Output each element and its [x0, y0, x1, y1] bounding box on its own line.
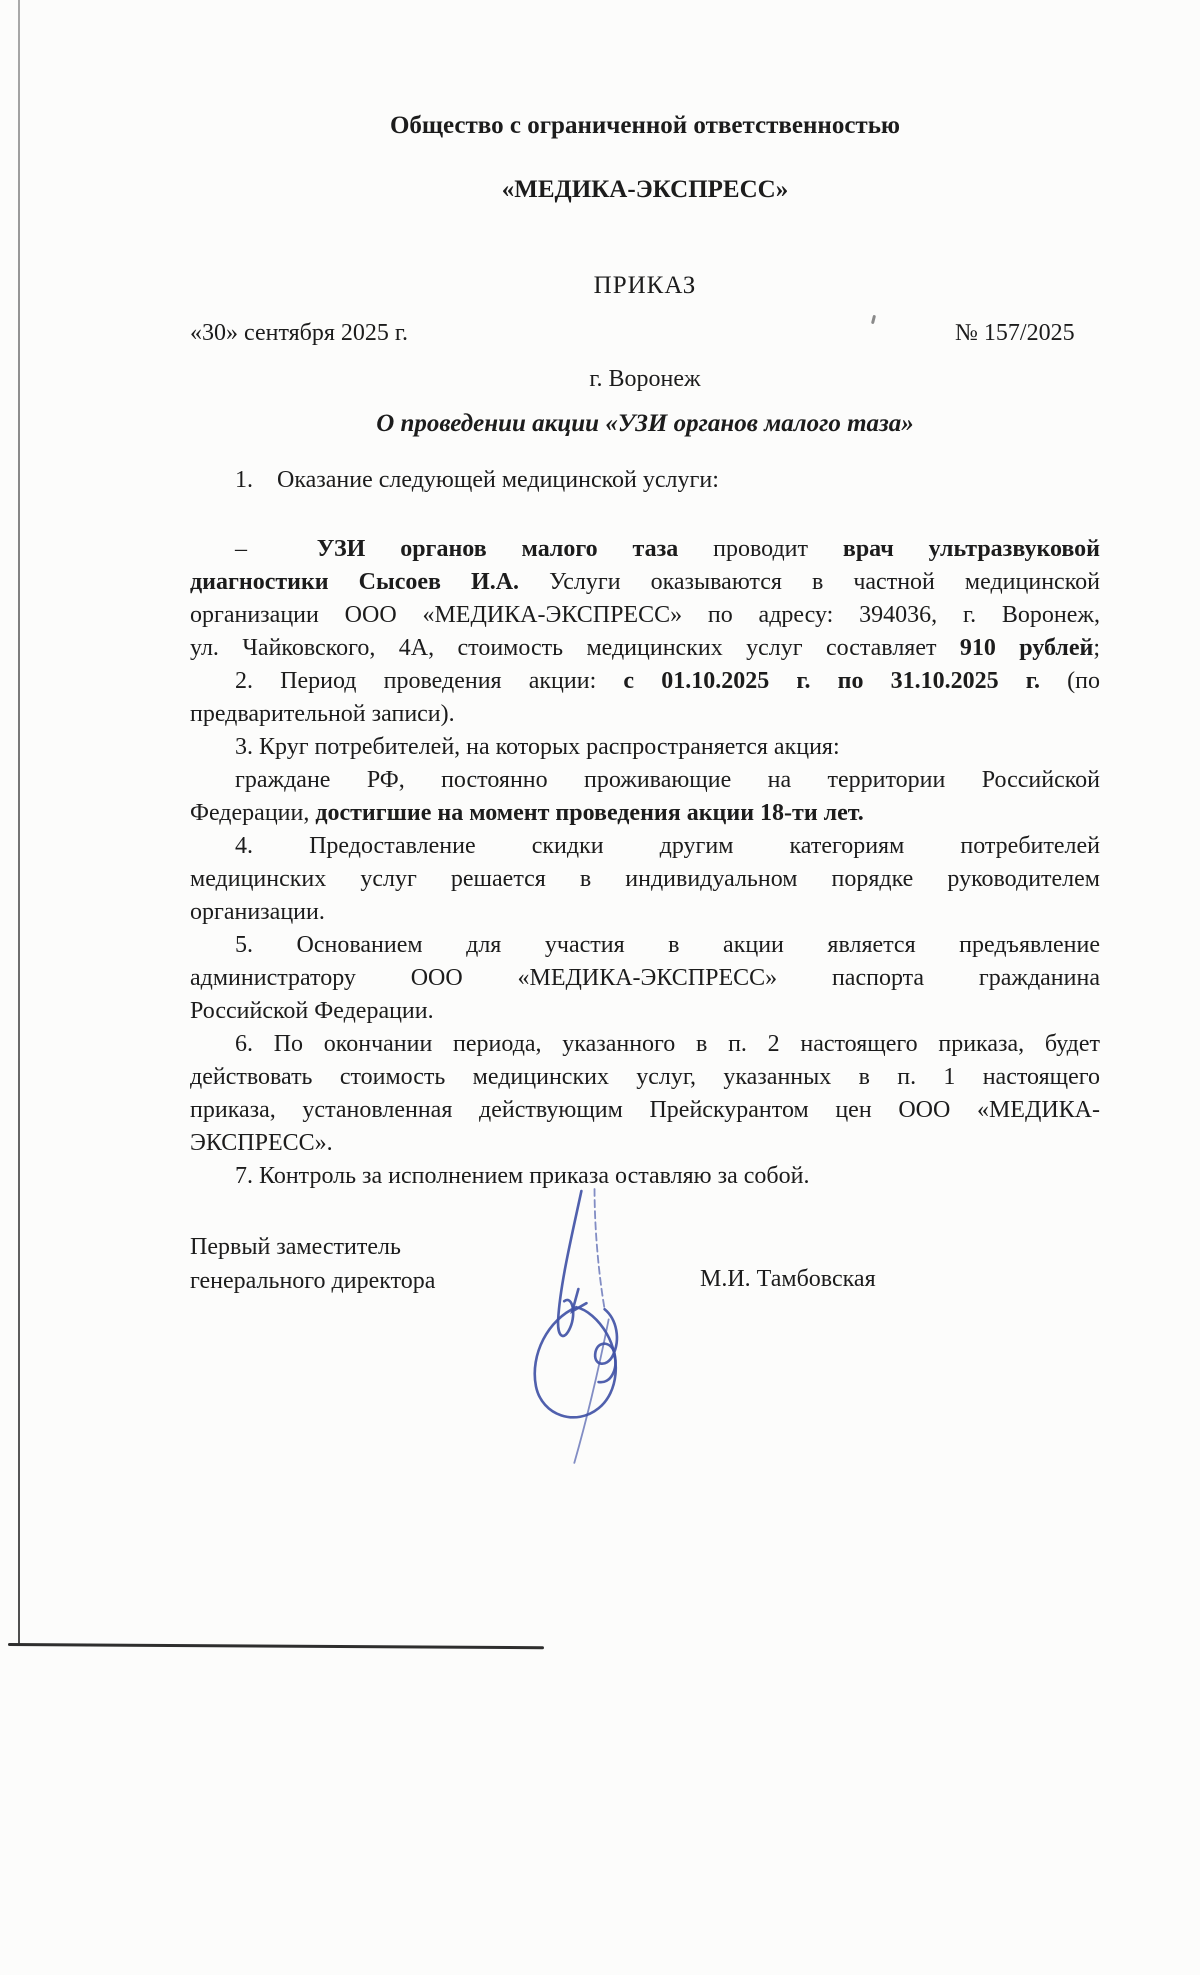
organization-name-line1: Общество с ограниченной ответственностью [190, 112, 1100, 140]
signer-title-line1: Первый заместитель [190, 1230, 435, 1264]
signer-title-line2: генерального директора [190, 1264, 435, 1298]
document-line: – УЗИ органов малого таза проводит врач … [190, 533, 1100, 566]
document-subject: О проведении акции «УЗИ органов малого т… [190, 410, 1100, 438]
document-line: организации. [190, 896, 1100, 929]
order-body: 1. Оказание следующей медицинской услуги… [190, 464, 1100, 1193]
document-type-title: ПРИКАЗ [190, 272, 1100, 300]
handwritten-signature [523, 1188, 661, 1476]
document-line: 1. Оказание следующей медицинской услуги… [190, 464, 1100, 497]
scan-page-edge-bottom [8, 1643, 544, 1649]
scanned-order-document: Общество с ограниченной ответственностью… [0, 0, 1200, 1975]
signer-name: М.И. Тамбовская [700, 1266, 876, 1293]
document-line: ул. Чайковского, 4А, стоимость медицинск… [190, 632, 1100, 665]
scan-page-edge-vertical [18, 0, 20, 1646]
document-line: 6. По окончании периода, указанного в п.… [190, 1028, 1100, 1061]
document-line: Федерации, достигшие на момент проведени… [190, 797, 1100, 830]
document-line: 3. Круг потребителей, на которых распрос… [190, 731, 1100, 764]
document-line: 4. Предоставление скидки другим категори… [190, 830, 1100, 863]
scan-speck [871, 315, 876, 324]
document-date: «30» сентября 2025 г. [190, 320, 408, 347]
document-line: предварительной записи). [190, 698, 1100, 731]
document-line: диагностики Сысоев И.А. Услуги оказывают… [190, 566, 1100, 599]
document-line: приказа, установленная действующим Прейс… [190, 1094, 1100, 1127]
signer-title: Первый заместитель генерального директор… [190, 1230, 435, 1298]
document-line: ЭКСПРЕСС». [190, 1127, 1100, 1160]
document-city: г. Воронеж [190, 366, 1100, 393]
document-line: граждане РФ, постоянно проживающие на те… [190, 764, 1100, 797]
document-line: 2. Период проведения акции: с 01.10.2025… [190, 665, 1100, 698]
document-line: организации ООО «МЕДИКА-ЭКСПРЕСС» по адр… [190, 599, 1100, 632]
document-line: администратору ООО «МЕДИКА-ЭКСПРЕСС» пас… [190, 962, 1100, 995]
document-number: № 157/2025 [955, 320, 1075, 347]
document-line: 5. Основанием для участия в акции являет… [190, 929, 1100, 962]
document-line: действовать стоимость медицинских услуг,… [190, 1061, 1100, 1094]
document-line: Российской Федерации. [190, 995, 1100, 1028]
organization-name-line2: «МЕДИКА-ЭКСПРЕСС» [190, 176, 1100, 204]
document-line: медицинских услуг решается в индивидуаль… [190, 863, 1100, 896]
